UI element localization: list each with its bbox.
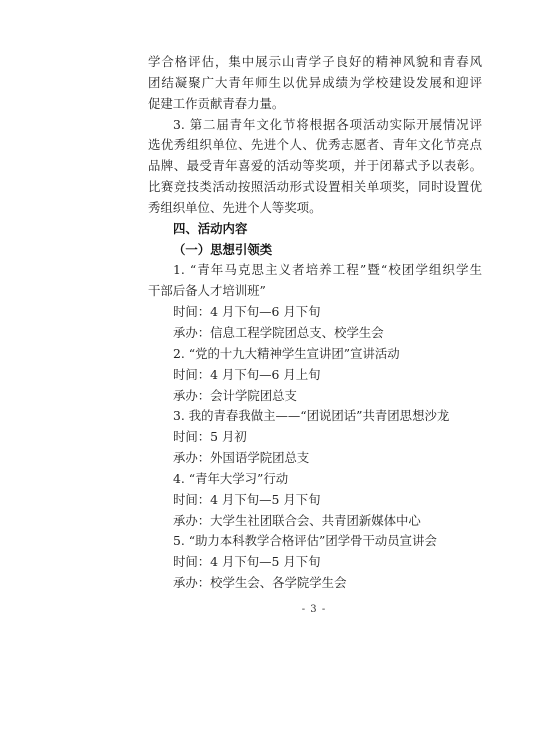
- paragraph-line: 促建工作贡献青春力量。: [148, 94, 482, 115]
- activity-title: 1. “青年马克思主义者培养工程”暨“校团学组织学生: [148, 260, 482, 281]
- activity-title: 3. 我的青春我做主——“团说团话”共青团思想沙龙: [148, 406, 482, 427]
- activity-title: 5. “助力本科教学合格评估”团学骨干动员宣讲会: [148, 531, 482, 552]
- paragraph-line: 秀组织单位、先进个人等奖项。: [148, 198, 482, 219]
- activity-title: 2. “党的十九大精神学生宣讲团”宣讲活动: [148, 344, 482, 365]
- activity-organizer: 承办：校学生会、各学院学生会: [148, 573, 482, 594]
- activity-time: 时间：4 月下旬—6 月下旬: [148, 302, 482, 323]
- paragraph-line: 团结凝聚广大青年师生以优异成绩为学校建设发展和迎评: [148, 73, 482, 94]
- activity-title-continued: 干部后备人才培训班”: [148, 281, 482, 302]
- activity-organizer: 承办：信息工程学院团总支、校学生会: [148, 323, 482, 344]
- paragraph-line: 3. 第二届青年文化节将根据各项活动实际开展情况评: [148, 115, 482, 136]
- page-number: - 3 -: [294, 604, 334, 615]
- paragraph-line: 品牌、最受青年喜爱的活动等奖项，并于闭幕式予以表彰。: [148, 156, 482, 177]
- paragraph-line: 比赛竞技类活动按照活动形式设置相关单项奖，同时设置优: [148, 177, 482, 198]
- section-heading: 四、活动内容: [148, 219, 482, 240]
- activity-organizer: 承办：外国语学院团总支: [148, 448, 482, 469]
- paragraph-line: 学合格评估，集中展示山青学子良好的精神风貌和青春风采，: [148, 52, 482, 73]
- document-body: 学合格评估，集中展示山青学子良好的精神风貌和青春风采， 团结凝聚广大青年师生以优…: [148, 52, 482, 594]
- activity-time: 时间：4 月下旬—5 月下旬: [148, 552, 482, 573]
- subsection-heading: （一）思想引领类: [148, 240, 482, 261]
- paragraph-line: 选优秀组织单位、先进个人、优秀志愿者、青年文化节亮点: [148, 135, 482, 156]
- activity-time: 时间：4 月下旬—5 月下旬: [148, 490, 482, 511]
- activity-time: 时间：4 月下旬—6 月上旬: [148, 365, 482, 386]
- activity-time: 时间：5 月初: [148, 427, 482, 448]
- document-page: 学合格评估，集中展示山青学子良好的精神风貌和青春风采， 团结凝聚广大青年师生以优…: [0, 0, 550, 748]
- activity-organizer: 承办：会计学院团总支: [148, 386, 482, 407]
- activity-title: 4. “青年大学习”行动: [148, 469, 482, 490]
- activity-organizer: 承办：大学生社团联合会、共青团新媒体中心: [148, 511, 482, 532]
